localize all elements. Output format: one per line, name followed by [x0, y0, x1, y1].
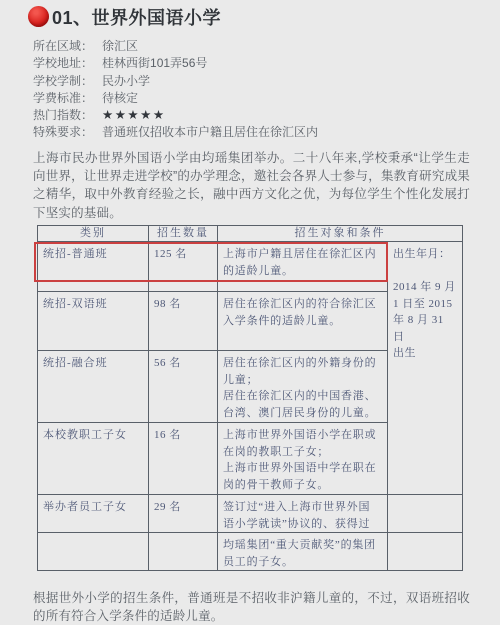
info-label: 热门指数： — [33, 107, 93, 124]
cell-quota — [149, 533, 218, 571]
cell-category: 统招-双语班 — [38, 292, 149, 351]
cell-quota: 125 名 — [149, 242, 218, 292]
admission-table-wrap: 类别 招生数量 招生对象和条件 统招-普通班 125 名 上海市户籍且居住在徐汇… — [37, 225, 462, 571]
info-label: 特殊要求： — [33, 124, 93, 141]
table-header-row: 类别 招生数量 招生对象和条件 — [38, 226, 463, 242]
table-row: 举办者员工子女 29 名 签订过“进入上海市世界外国语小学就读”协议的、获得过 — [38, 495, 463, 533]
info-label: 所在区域： — [33, 38, 93, 55]
article-page: 01、世界外国语小学 所在区域： 徐汇区 学校地址： 桂林西街101弄56号 学… — [0, 0, 500, 625]
info-value: 待核定 — [102, 90, 138, 107]
col-header-quota: 招生数量 — [149, 226, 218, 242]
info-row-special-requirement: 特殊要求： 普通班仅招收本市户籍且居住在徐汇区内 — [33, 124, 318, 141]
cell-criteria: 居住在徐汇区内的符合徐汇区入学条件的适龄儿童。 — [218, 292, 388, 351]
table-row: 统招-普通班 125 名 上海市户籍且居住在徐汇区内的适龄儿童。 出生年月： 2… — [38, 242, 463, 292]
cell-quota: 16 名 — [149, 423, 218, 495]
info-value: 徐汇区 — [102, 38, 138, 55]
cell-criteria: 上海市世界外国语小学在职或在岗的教职工子女； 上海市世界外国语中学在职在岗的骨干… — [218, 423, 388, 495]
cell-criteria: 居住在徐汇区内的外籍身份的儿童； 居住在徐汇区内的中国香港、台湾、澳门居民身份的… — [218, 351, 388, 423]
cell-category: 本校教职工子女 — [38, 423, 149, 495]
table-row: 均瑶集团“重大贡献奖”的集团员工的子女。 — [38, 533, 463, 571]
intro-paragraph: 上海市民办世界外国语小学由均瑶集团举办。二十八年来,学校秉承“让学生走向世界，让… — [33, 149, 470, 222]
info-label: 学校学制： — [33, 73, 93, 90]
col-header-category: 类别 — [38, 226, 149, 242]
info-row-district: 所在区域： 徐汇区 — [33, 38, 318, 55]
cell-category: 统招-普通班 — [38, 242, 149, 292]
cell-criteria: 上海市户籍且居住在徐汇区内的适龄儿童。 — [218, 242, 388, 292]
info-label: 学校地址： — [33, 55, 93, 72]
cell-quota: 98 名 — [149, 292, 218, 351]
cell-category: 统招-融合班 — [38, 351, 149, 423]
school-info-list: 所在区域： 徐汇区 学校地址： 桂林西街101弄56号 学校学制： 民办小学 学… — [33, 38, 318, 142]
footer-note: 根据世外小学的招生条件，普通班是不招收非沪籍儿童的，不过，双语班招收的所有符合入… — [33, 589, 470, 625]
cell-quota: 29 名 — [149, 495, 218, 533]
star-rating: ★★★★★ — [102, 107, 166, 124]
col-header-criteria: 招生对象和条件 — [218, 226, 463, 242]
info-value: 普通班仅招收本市户籍且居住在徐汇区内 — [102, 124, 318, 141]
cell-quota: 56 名 — [149, 351, 218, 423]
info-row-school-type: 学校学制： 民办小学 — [33, 73, 318, 90]
cell-category — [38, 533, 149, 571]
red-circle-icon — [28, 6, 49, 27]
info-label: 学费标准： — [33, 90, 93, 107]
page-title-row: 01、世界外国语小学 — [28, 3, 221, 30]
cell-empty — [388, 533, 463, 571]
cell-birth-date-note: 出生年月： 2014 年 9 月 1 日至 2015 年 8 月 31 日 出生 — [388, 242, 463, 495]
cell-category: 举办者员工子女 — [38, 495, 149, 533]
cell-empty — [388, 495, 463, 533]
admission-table: 类别 招生数量 招生对象和条件 统招-普通班 125 名 上海市户籍且居住在徐汇… — [37, 225, 463, 571]
page-title: 01、世界外国语小学 — [52, 4, 221, 30]
info-row-tuition: 学费标准： 待核定 — [33, 90, 318, 107]
info-value: 桂林西街101弄56号 — [102, 55, 207, 72]
cell-criteria: 均瑶集团“重大贡献奖”的集团员工的子女。 — [218, 533, 388, 571]
info-row-popularity: 热门指数： ★★★★★ — [33, 107, 318, 124]
info-row-address: 学校地址： 桂林西街101弄56号 — [33, 55, 318, 72]
cell-criteria: 签订过“进入上海市世界外国语小学就读”协议的、获得过 — [218, 495, 388, 533]
info-value: 民办小学 — [102, 73, 150, 90]
